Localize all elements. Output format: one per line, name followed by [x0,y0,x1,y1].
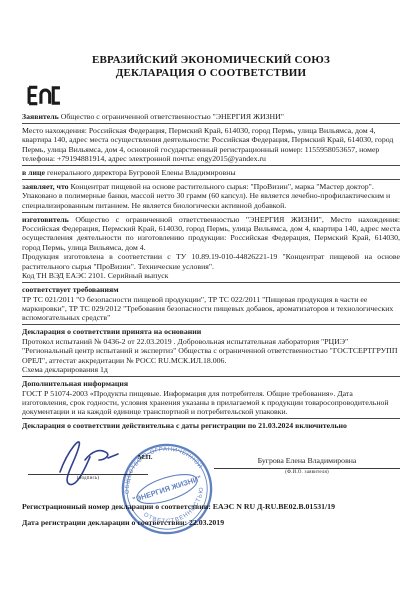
represented-by-text: генерального директора Бугровой Елены Вл… [47,168,236,177]
declaration-document: ЕВРАЗИЙСКИЙ ЭКОНОМИЧЕСКИЙ СОЮЗ ДЕКЛАРАЦИ… [0,0,420,600]
eac-logo-row [26,81,400,110]
signer-name-caption: (Ф.И.О. заявителя) [214,469,400,476]
applicant-line: Заявитель Общество с ограниченной ответс… [22,112,400,121]
divider [22,212,400,213]
represented-by-label: в лице [22,168,45,177]
declares-text: Концентрат пищевой на основе растительно… [22,182,390,210]
manufacturer-label: изготовитель [22,215,69,224]
applicant-text: Общество с ограниченной ответственностью… [61,112,284,121]
manufacturer-text: Общество с ограниченной ответственностью… [22,215,400,252]
eac-conformity-mark-icon [26,81,62,110]
declares-paragraph: заявляет, что Концентрат пищевой на осно… [22,182,400,210]
divider [22,165,400,166]
divider [22,123,400,124]
signature-block: (подпись) М.П. ОБЩЕСТВО С ОГРАНИЧЕННОЙ О… [0,428,420,568]
additional-info-text: ГОСТ Р 51074-2003 «Продукты пищевые. Инф… [22,389,400,417]
applicant-address: Место нахождения: Российская Федерация, … [22,126,400,164]
signer-name: Бугрова Елена Владимировна [214,456,400,469]
divider [22,324,400,325]
manufacturer-paragraph: изготовитель Общество с ограниченной отв… [22,215,400,253]
signer-name-block: Бугрова Елена Владимировна (Ф.И.О. заяви… [214,456,400,476]
company-stamp: ОБЩЕСТВО С ОГРАНИЧЕННОЙ ОТВЕТСТВЕННОСТЬЮ… [118,440,216,538]
registration-number-line: Регистрационный номер декларации о соотв… [22,502,412,512]
production-standard-line: Продукция изготовлена в соответствии с Т… [22,252,400,271]
customs-code-line: Код ТН ВЭД ЕАЭС 2101. Серийный выпуск [22,271,400,280]
document-content: ЕВРАЗИЙСКИЙ ЭКОНОМИЧЕСКИЙ СОЮЗ ДЕКЛАРАЦИ… [22,54,400,431]
requirements-text: ТР ТС 021/2011 "О безопасности пищевой п… [22,295,400,323]
applicant-label: Заявитель [22,112,59,121]
basis-heading: Декларация о соответствии принята на осн… [22,327,400,337]
declares-label: заявляет, что [22,182,69,191]
requirements-heading: соответствует требованиям [22,285,400,295]
divider [22,376,400,377]
divider [22,179,400,180]
represented-by-line: в лице генерального директора Бугровой Е… [22,168,400,177]
registration-date-line: Дата регистрации декларации о соответств… [22,518,412,528]
additional-info-heading: Дополнительная информация [22,379,400,389]
document-title: ЕВРАЗИЙСКИЙ ЭКОНОМИЧЕСКИЙ СОЮЗ ДЕКЛАРАЦИ… [22,54,400,80]
divider [22,418,400,419]
basis-text: Протокол испытаний № 0436-2 от 22.03.201… [22,337,400,365]
title-line-declaration: ДЕКЛАРАЦИЯ О СООТВЕТСТВИИ [22,67,400,80]
title-line-union: ЕВРАЗИЙСКИЙ ЭКОНОМИЧЕСКИЙ СОЮЗ [22,54,400,67]
declaration-scheme-line: Схема декларирования 1д [22,365,400,374]
divider [22,282,400,283]
